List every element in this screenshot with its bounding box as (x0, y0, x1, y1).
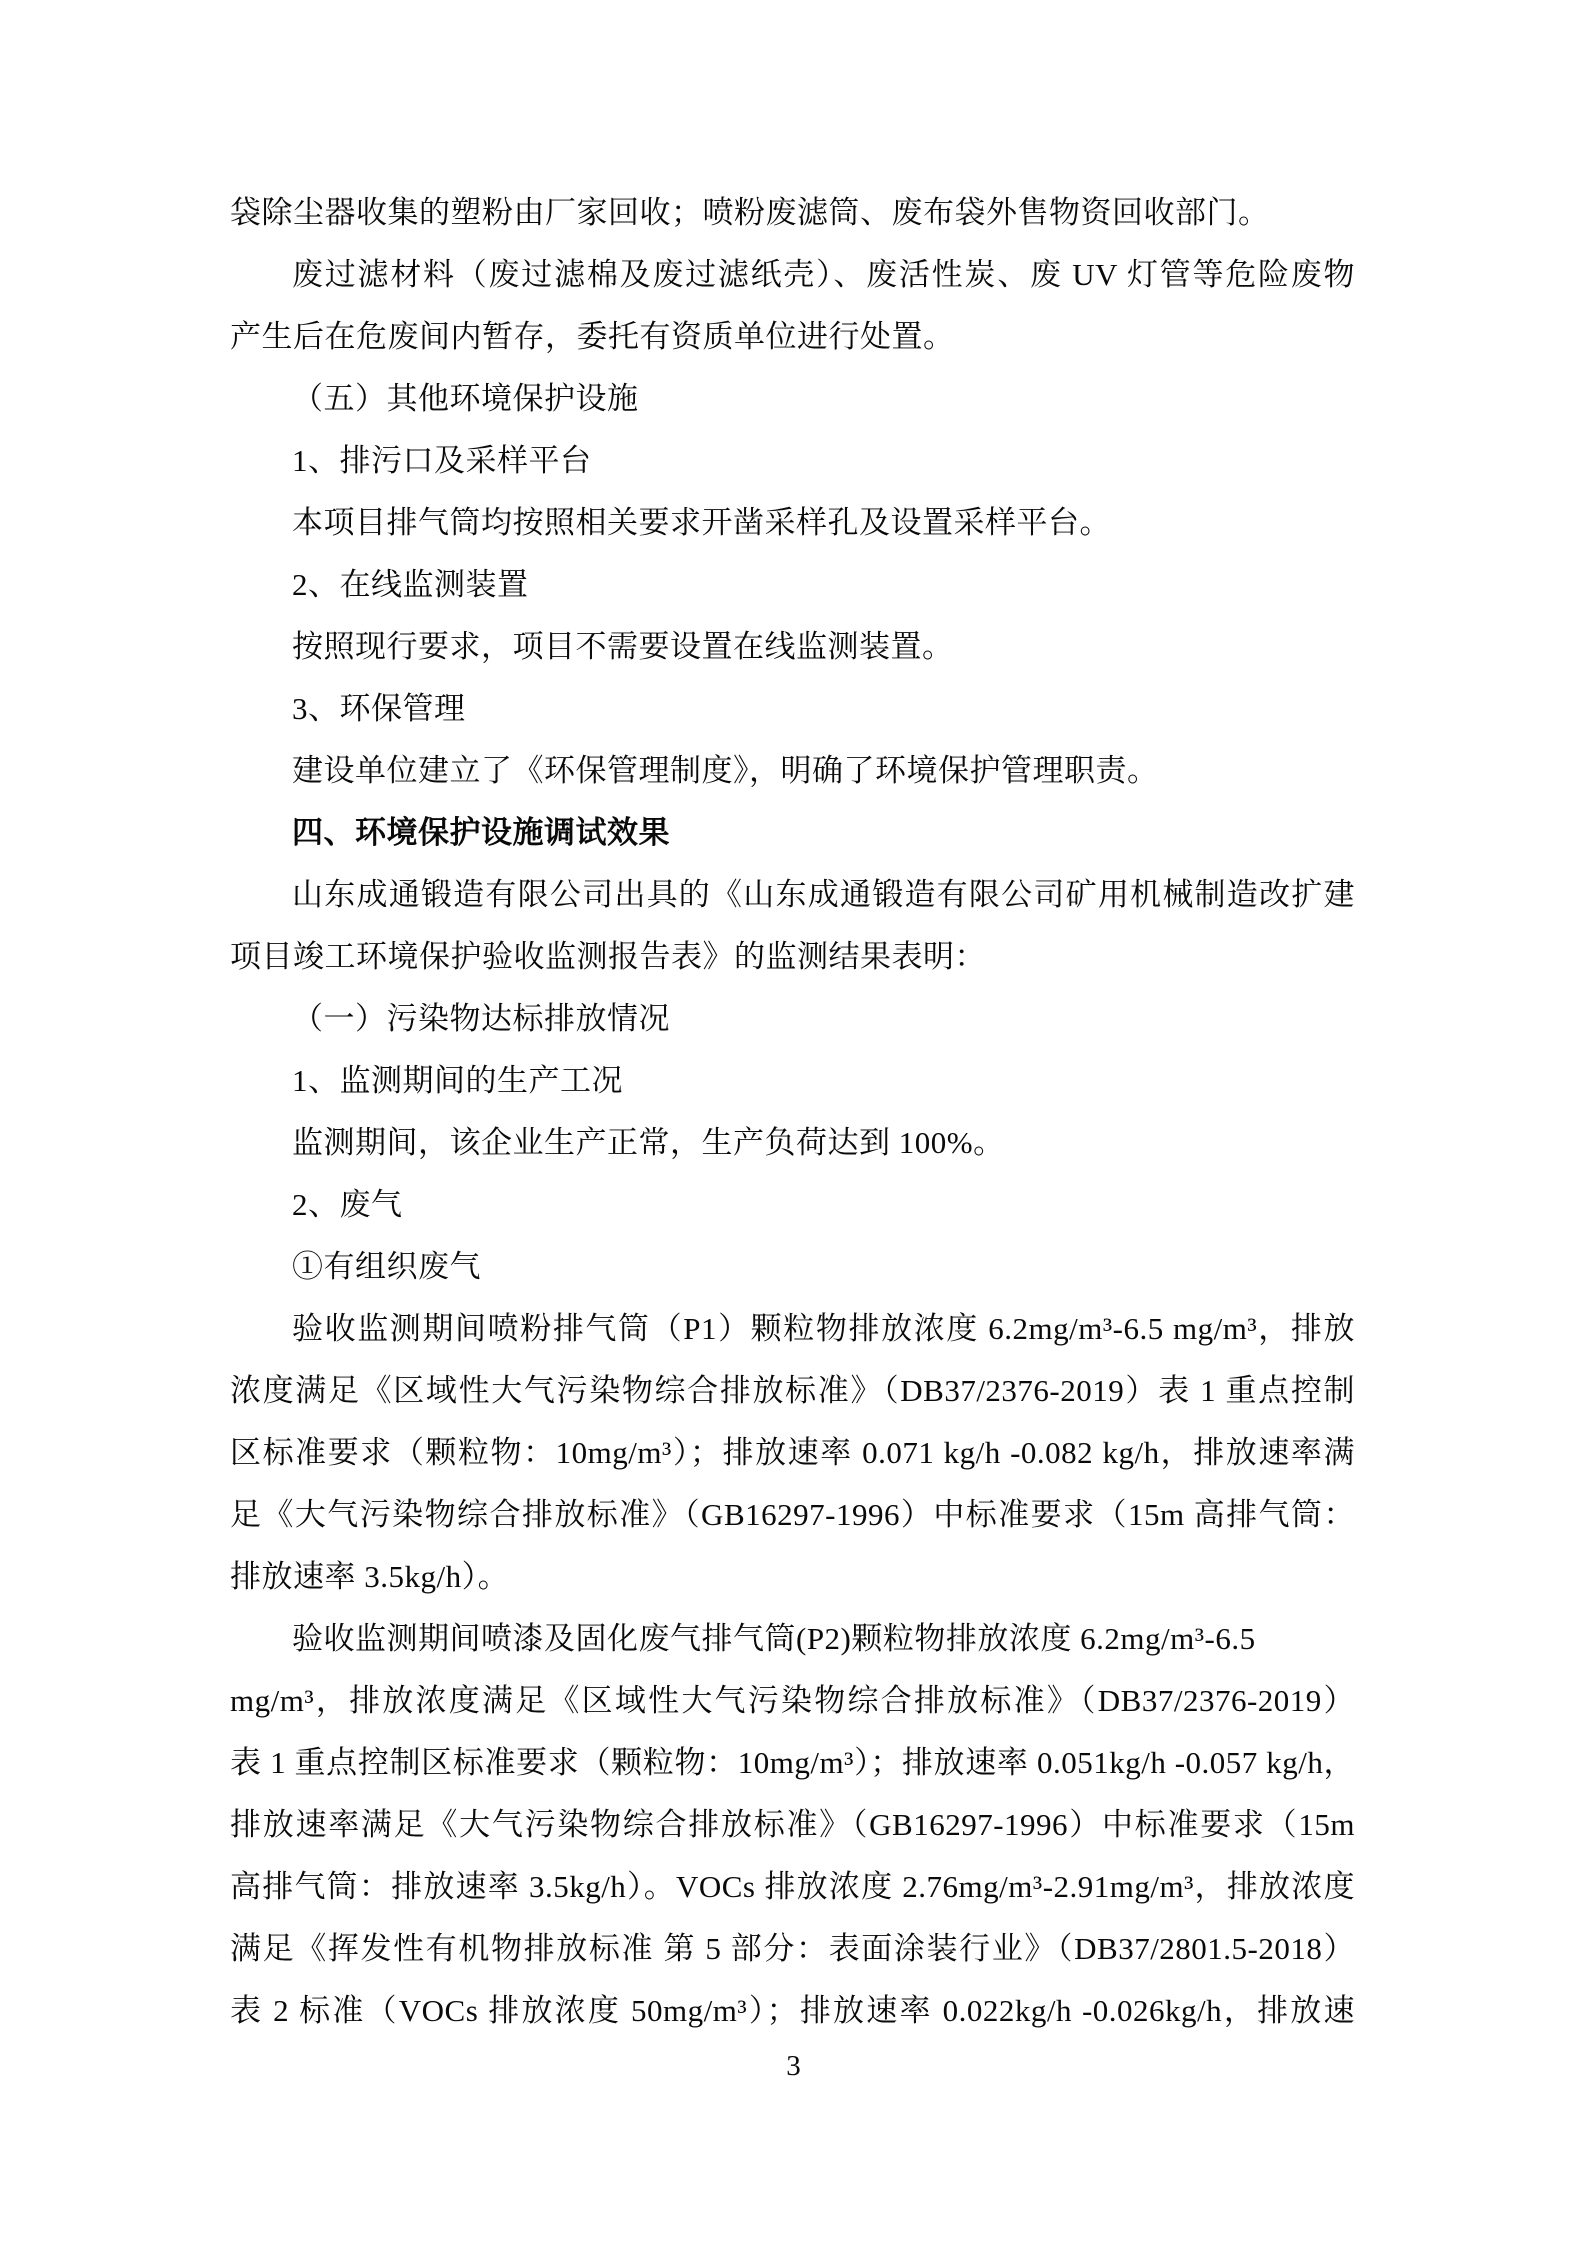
document-body: 袋除尘器收集的塑粉由厂家回收；喷粉废滤筒、废布袋外售物资回收部门。废过滤材料（废… (230, 182, 1355, 2042)
document-line: （五）其他环境保护设施 (230, 368, 1355, 430)
document-line: 废过滤材料（废过滤棉及废过滤纸壳）、废活性炭、废 UV 灯管等危险废物 (230, 244, 1355, 306)
document-line: 项目竣工环境保护验收监测报告表》的监测结果表明： (230, 926, 1355, 988)
document-line: 1、排污口及采样平台 (230, 430, 1355, 492)
document-line: 1、监测期间的生产工况 (230, 1050, 1355, 1112)
page-number: 3 (0, 2046, 1587, 2086)
document-line: 3、环保管理 (230, 678, 1355, 740)
document-line: 浓度满足《区域性大气污染物综合排放标准》（DB37/2376-2019）表 1 … (230, 1360, 1355, 1422)
document-line: 表 2 标准（VOCs 排放浓度 50mg/m³）；排放速率 0.022kg/h… (230, 1980, 1355, 2042)
document-line: ①有组织废气 (230, 1236, 1355, 1298)
document-line: 按照现行要求，项目不需要设置在线监测装置。 (230, 616, 1355, 678)
document-line: 建设单位建立了《环保管理制度》，明确了环境保护管理职责。 (230, 740, 1355, 802)
document-line: 区标准要求（颗粒物：10mg/m³）；排放速率 0.071 kg/h -0.08… (230, 1422, 1355, 1484)
document-line: 山东成通锻造有限公司出具的《山东成通锻造有限公司矿用机械制造改扩建 (230, 864, 1355, 926)
document-line: 袋除尘器收集的塑粉由厂家回收；喷粉废滤筒、废布袋外售物资回收部门。 (230, 182, 1355, 244)
document-line: 2、在线监测装置 (230, 554, 1355, 616)
document-line: 验收监测期间喷粉排气筒（P1）颗粒物排放浓度 6.2mg/m³-6.5 mg/m… (230, 1298, 1355, 1360)
document-line: 四、环境保护设施调试效果 (230, 802, 1355, 864)
document-line: mg/m³，排放浓度满足《区域性大气污染物综合排放标准》（DB37/2376-2… (230, 1670, 1355, 1732)
document-line: 满足《挥发性有机物排放标准 第 5 部分：表面涂装行业》（DB37/2801.5… (230, 1918, 1355, 1980)
document-line: 高排气筒：排放速率 3.5kg/h）。VOCs 排放浓度 2.76mg/m³-2… (230, 1856, 1355, 1918)
document-line: 2、废气 (230, 1174, 1355, 1236)
document-line: 本项目排气筒均按照相关要求开凿采样孔及设置采样平台。 (230, 492, 1355, 554)
document-line: 表 1 重点控制区标准要求（颗粒物：10mg/m³）；排放速率 0.051kg/… (230, 1732, 1355, 1794)
document-page: 袋除尘器收集的塑粉由厂家回收；喷粉废滤筒、废布袋外售物资回收部门。废过滤材料（废… (0, 0, 1587, 2245)
document-line: 排放速率 3.5kg/h）。 (230, 1546, 1355, 1608)
document-line: 监测期间，该企业生产正常，生产负荷达到 100%。 (230, 1112, 1355, 1174)
document-line: 足《大气污染物综合排放标准》（GB16297-1996）中标准要求（15m 高排… (230, 1484, 1355, 1546)
document-line: 产生后在危废间内暂存，委托有资质单位进行处置。 (230, 306, 1355, 368)
document-line: 排放速率满足《大气污染物综合排放标准》（GB16297-1996）中标准要求（1… (230, 1794, 1355, 1856)
document-line: （一）污染物达标排放情况 (230, 988, 1355, 1050)
document-line: 验收监测期间喷漆及固化废气排气筒(P2)颗粒物排放浓度 6.2mg/m³-6.5 (230, 1608, 1355, 1670)
